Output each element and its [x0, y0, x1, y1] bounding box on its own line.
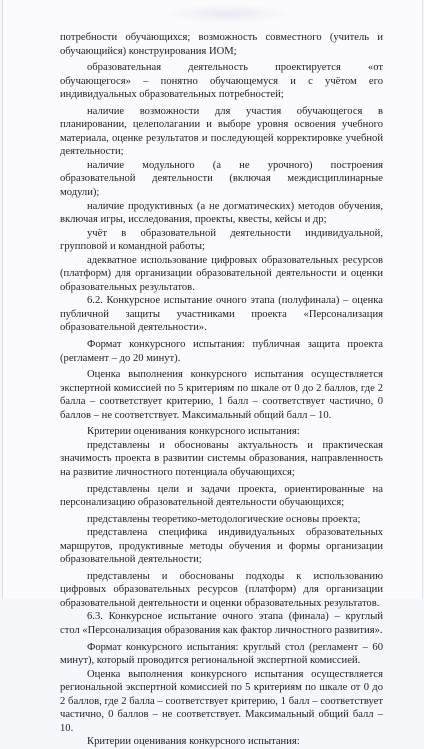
criterion-item: представлена специфика индивидуальных об…: [60, 526, 383, 567]
paragraph: наличие продуктивных (а не догматических…: [60, 200, 383, 227]
paragraph: адекватное использование цифровых образо…: [60, 254, 383, 295]
paragraph: Оценка выполнения конкурсного испытания …: [60, 368, 383, 422]
paragraph: образовательная деятельность проектирует…: [60, 61, 383, 102]
criterion-item: представлены и обоснованы подходы к испо…: [60, 570, 383, 599]
document-page: потребности обучающихся; возможность сов…: [2, 0, 423, 599]
page-number-bleedthrough: [163, 4, 293, 24]
criteria-heading: Критерии оценивания конкурсного испытани…: [60, 425, 383, 439]
criterion-item: представлены цели и задачи проекта, орие…: [60, 483, 383, 510]
paragraph: потребности обучающихся; возможность сов…: [60, 31, 383, 58]
paragraph: учёт в образовательной деятельности инди…: [60, 227, 383, 254]
paragraph: наличие модульного (а не урочного) постр…: [60, 159, 383, 200]
criterion-item: представлены и обоснованы актуальность и…: [60, 439, 383, 480]
document-body: потребности обучающихся; возможность сов…: [60, 31, 383, 599]
criterion-item: представлены теоретико-методологические …: [60, 513, 383, 527]
paragraph: Формат конкурсного испытания: публичная …: [60, 338, 383, 365]
paragraph: наличие возможности для участия обучающе…: [60, 105, 383, 159]
section-heading-6-2: 6.2. Конкурсное испытание очного этапа (…: [60, 294, 383, 335]
